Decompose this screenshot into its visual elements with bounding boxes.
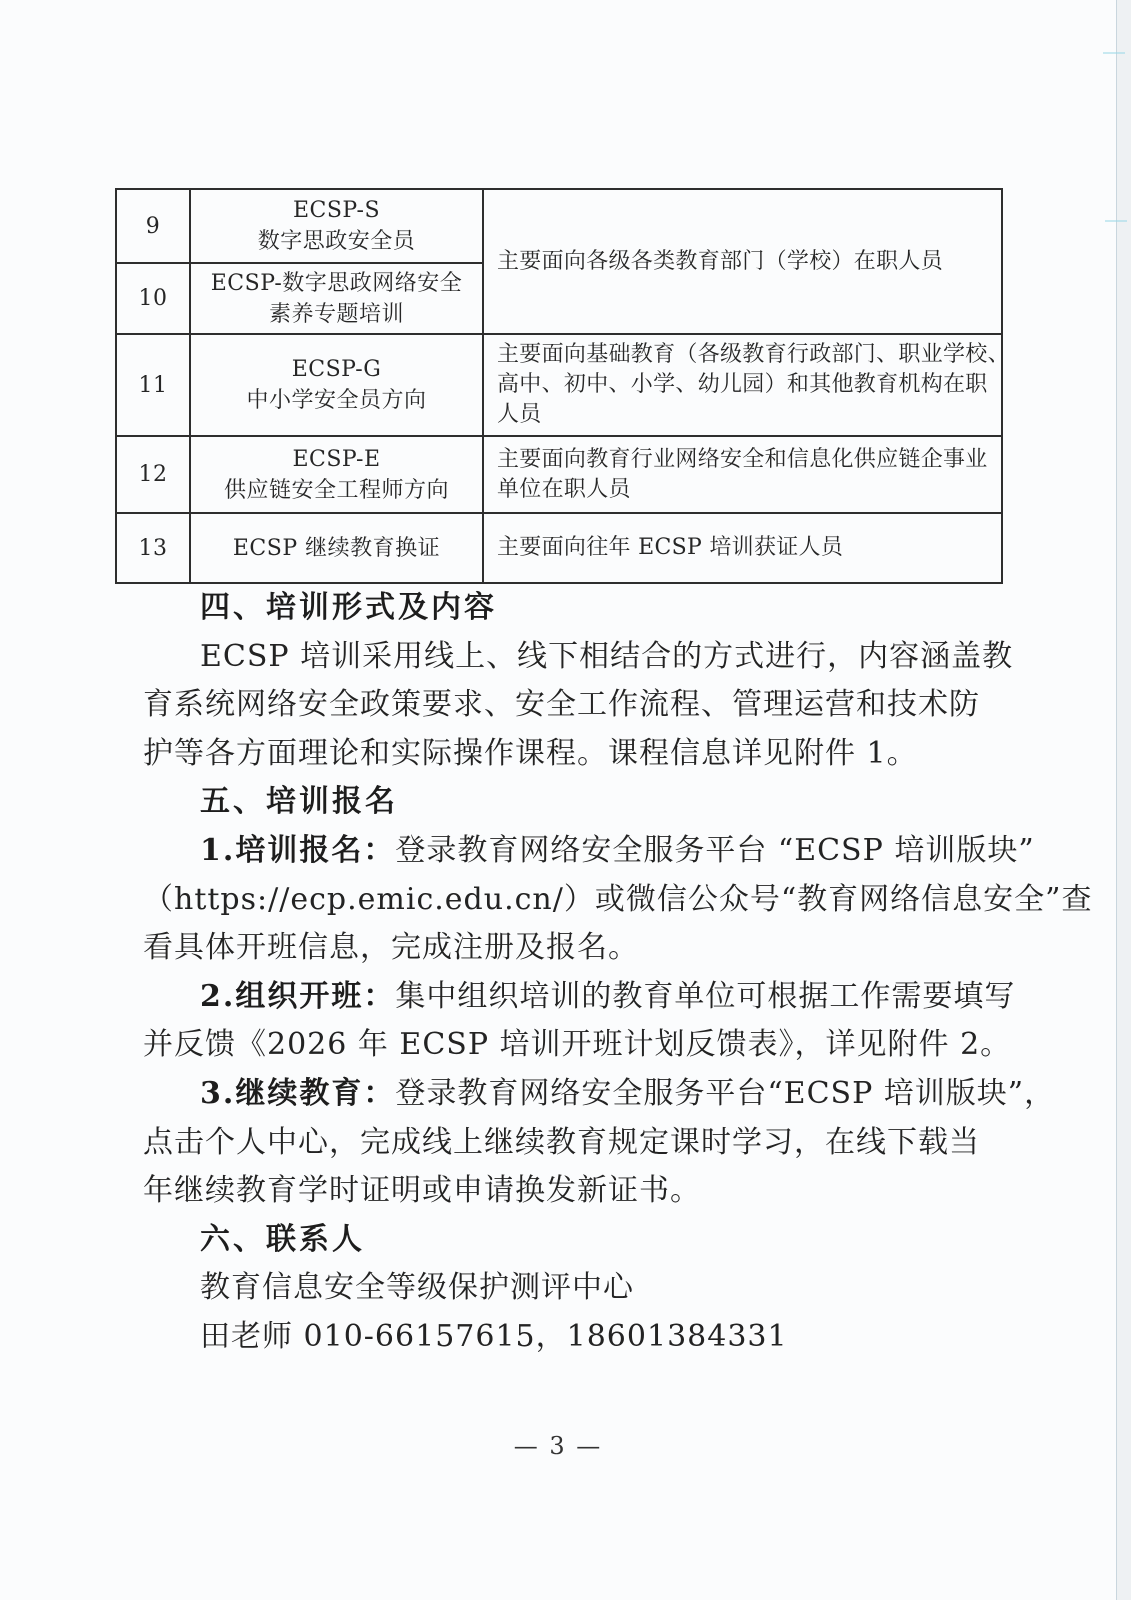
table-row: 12 ECSP-E 供应链安全工程师方向 主要面向教育行业网络安全和信息化供应链… xyxy=(116,436,1002,513)
item-text: 登录教育网络安全服务平台“ECSP 培训版块”， xyxy=(395,1076,1055,1111)
table-row: 11 ECSP-G 中小学安全员方向 主要面向基础教育（各级教育行政部门、职业学… xyxy=(116,334,1002,436)
audience-line: 单位在职人员 xyxy=(497,475,993,505)
audience-line: 人员 xyxy=(497,400,993,430)
item-text: 集中组织培训的教育单位可根据工作需要填写 xyxy=(395,979,1015,1014)
body-line: 点击个人中心，完成线上继续教育规定课时学习，在线下载当 xyxy=(143,1119,1003,1168)
document-body: 四、培训形式及内容 ECSP 培训采用线上、线下相结合的方式进行，内容涵盖教 育… xyxy=(143,584,1003,1362)
body-line: 年继续教育学时证明或申请换发新证书。 xyxy=(143,1167,1003,1216)
contact-phone-line: 田老师 010-66157615，18601384331 xyxy=(143,1313,1003,1362)
cert-name-cell: ECSP-G 中小学安全员方向 xyxy=(190,334,483,436)
scan-artifact xyxy=(1105,220,1127,222)
cert-name-cell: ECSP-数字思政网络安全 素养专题培训 xyxy=(190,263,483,334)
row-number-cell: 9 xyxy=(116,189,190,263)
numbered-item-line: 2.组织开班：集中组织培训的教育单位可根据工作需要填写 xyxy=(143,973,1003,1022)
cert-name-line: ECSP 继续教育换证 xyxy=(191,533,482,564)
body-line: 看具体开班信息，完成注册及报名。 xyxy=(143,924,1003,973)
audience-line: 高中、初中、小学、幼儿园）和其他教育机构在职 xyxy=(497,370,993,400)
cert-name-line: ECSP-E xyxy=(191,444,482,475)
scan-artifact xyxy=(1103,52,1125,54)
audience-line: 主要面向往年 ECSP 培训获证人员 xyxy=(497,533,993,563)
item-label: 2.组织开班： xyxy=(200,979,395,1014)
contact-org-line: 教育信息安全等级保护测评中心 xyxy=(143,1264,1003,1313)
section-heading-training-format: 四、培训形式及内容 xyxy=(143,584,1003,633)
item-text: 登录教育网络安全服务平台 “ECSP 培训版块” xyxy=(395,833,1034,868)
cert-name-line: ECSP-数字思政网络安全 xyxy=(191,268,482,299)
body-line: 并反馈《2026 年 ECSP 培训开班计划反馈表》，详见附件 2。 xyxy=(143,1021,1003,1070)
body-line: 护等各方面理论和实际操作课程。课程信息详见附件 1。 xyxy=(143,730,1003,779)
cert-name-line: 数字思政安全员 xyxy=(191,226,482,257)
certification-table: 9 ECSP-S 数字思政安全员 主要面向各级各类教育部门（学校）在职人员 10… xyxy=(115,188,1003,584)
body-line: 育系统网络安全政策要求、安全工作流程、管理运营和技术防 xyxy=(143,681,1003,730)
body-line: （https://ecp.emic.edu.cn/）或微信公众号“教育网络信息安… xyxy=(143,876,1003,925)
row-number-cell: 12 xyxy=(116,436,190,513)
audience-line: 主要面向各级各类教育部门（学校）在职人员 xyxy=(497,247,993,277)
row-number-cell: 11 xyxy=(116,334,190,436)
row-number-cell: 10 xyxy=(116,263,190,334)
item-label: 1.培训报名： xyxy=(200,833,395,868)
page-number: — 3 — xyxy=(0,1432,1116,1460)
cert-name-cell: ECSP-E 供应链安全工程师方向 xyxy=(190,436,483,513)
audience-line: 主要面向基础教育（各级教育行政部门、职业学校、 xyxy=(497,340,993,370)
numbered-item-line: 3.继续教育：登录教育网络安全服务平台“ECSP 培训版块”， xyxy=(143,1070,1003,1119)
table-row: 13 ECSP 继续教育换证 主要面向往年 ECSP 培训获证人员 xyxy=(116,513,1002,583)
audience-cell-merged: 主要面向各级各类教育部门（学校）在职人员 xyxy=(483,189,1002,334)
scan-edge-artifact xyxy=(1116,0,1131,1600)
cert-name-cell: ECSP-S 数字思政安全员 xyxy=(190,189,483,263)
row-number-cell: 13 xyxy=(116,513,190,583)
cert-name-line: 素养专题培训 xyxy=(191,299,482,330)
document-page: 9 ECSP-S 数字思政安全员 主要面向各级各类教育部门（学校）在职人员 10… xyxy=(0,0,1131,1600)
section-heading-registration: 五、培训报名 xyxy=(143,778,1003,827)
cert-name-line: ECSP-G xyxy=(191,354,482,385)
body-line: ECSP 培训采用线上、线下相结合的方式进行，内容涵盖教 xyxy=(143,633,1003,682)
cert-name-line: 供应链安全工程师方向 xyxy=(191,475,482,506)
section-heading-contact: 六、联系人 xyxy=(143,1216,1003,1265)
cert-name-cell: ECSP 继续教育换证 xyxy=(190,513,483,583)
audience-cell: 主要面向基础教育（各级教育行政部门、职业学校、 高中、初中、小学、幼儿园）和其他… xyxy=(483,334,1002,436)
audience-cell: 主要面向教育行业网络安全和信息化供应链企事业 单位在职人员 xyxy=(483,436,1002,513)
table-row: 9 ECSP-S 数字思政安全员 主要面向各级各类教育部门（学校）在职人员 xyxy=(116,189,1002,263)
audience-line: 主要面向教育行业网络安全和信息化供应链企事业 xyxy=(497,445,993,475)
audience-cell: 主要面向往年 ECSP 培训获证人员 xyxy=(483,513,1002,583)
cert-name-line: 中小学安全员方向 xyxy=(191,385,482,416)
item-label: 3.继续教育： xyxy=(200,1076,395,1111)
numbered-item-line: 1.培训报名：登录教育网络安全服务平台 “ECSP 培训版块” xyxy=(143,827,1003,876)
cert-name-line: ECSP-S xyxy=(191,195,482,226)
